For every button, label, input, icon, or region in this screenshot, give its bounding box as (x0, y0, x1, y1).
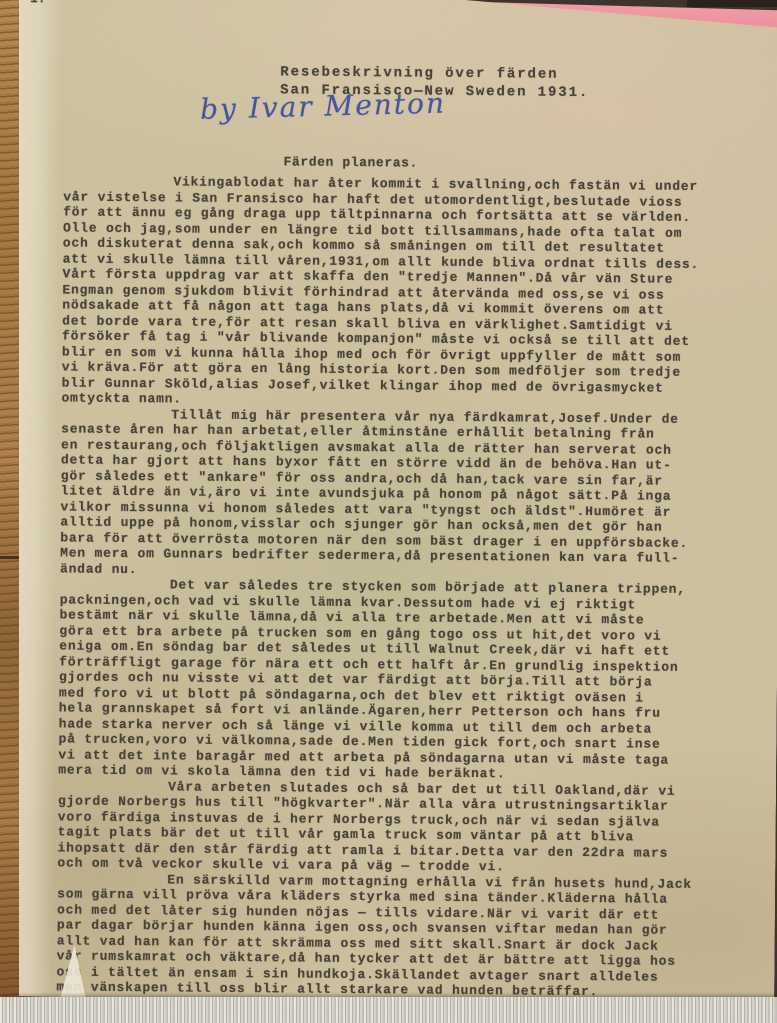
torn-edge-fringe (0, 997, 777, 1023)
paragraph-3: Det var således tre stycken som började … (58, 576, 760, 784)
wood-crack (0, 556, 19, 559)
handwritten-byline: by Ivar Menton (200, 86, 447, 125)
document-photo: 1. Resebeskrivning över färdenSan Fransi… (0, 0, 777, 1023)
page-number: 1. (30, 0, 46, 6)
paragraph-5: En särskilld varm mottagning erhålla vi … (56, 871, 757, 1001)
section-heading: Färden planeras. (283, 154, 418, 170)
document-body: Vikingablodat har åter kommit i svallnin… (56, 173, 763, 1001)
title-line-1: Resebeskrivning över färden (280, 64, 558, 82)
paragraph-1: Vikingablodat har åter kommit i svallnin… (61, 173, 763, 412)
dark-corner-shadow (687, 0, 777, 7)
paragraph-4: Våra arbeten slutades och så bar det ut … (57, 778, 758, 877)
paper-sheet: 1. Resebeskrivning över färdenSan Fransi… (4, 0, 777, 1014)
wood-table-edge (0, 0, 19, 1023)
paragraph-2: Tillåt mig här presentera vår nya färdka… (60, 406, 761, 583)
